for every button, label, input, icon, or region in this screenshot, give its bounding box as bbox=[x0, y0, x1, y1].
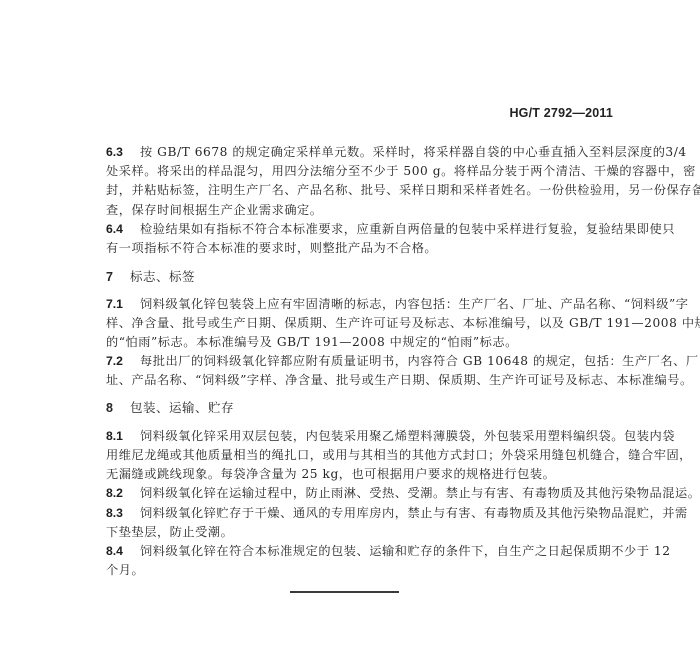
clause-number: 8.2 bbox=[106, 484, 140, 503]
clause-7-1-line-3: 的“怕雨”标志。本标准编号及 GB/T 191—2008 中规定的“怕雨”标志。 bbox=[106, 333, 626, 352]
clause-number: 8.3 bbox=[106, 504, 140, 523]
clause-8-3-line-2: 下垫垫层，防止受潮。 bbox=[106, 523, 626, 542]
section-8-heading: 8包装、运输、贮存 bbox=[106, 398, 234, 418]
end-of-document-rule bbox=[290, 591, 399, 593]
clause-number: 6.3 bbox=[106, 143, 140, 162]
clause-8-3-line-1: 8.3饲料级氧化锌贮存于干燥、通风的专用库房内，禁止与有害、有毒物质及其他污染物… bbox=[106, 504, 626, 523]
clause-6-3-line-2: 处采样。将采出的样品混匀，用四分法缩分至不少于 500 g。将样品分装于两个清洁… bbox=[106, 162, 626, 181]
clause-6-3-line-4: 查，保存时间根据生产企业需求确定。 bbox=[106, 201, 626, 220]
clause-6-3-line-3: 封，并粘贴标签，注明生产厂名、产品名称、批号、采样日期和采样者姓名。一份供检验用… bbox=[106, 181, 626, 200]
clause-6-3-line-1: 6.3按 GB/T 6678 的规定确定采样单元数。采样时，将采样器自袋的中心垂… bbox=[106, 143, 626, 162]
clause-6-4-line-2: 有一项指标不符合本标准的要求时，则整批产品为不合格。 bbox=[106, 239, 626, 258]
clause-number: 8.1 bbox=[106, 427, 140, 446]
clause-number: 8.4 bbox=[106, 542, 140, 561]
section-7-heading: 7标志、标签 bbox=[106, 267, 195, 287]
clause-8-2-line-1: 8.2饲料级氧化锌在运输过程中，防止雨淋、受热、受潮。禁止与有害、有毒物质及其他… bbox=[106, 484, 626, 503]
clause-8-4-line-1: 8.4饲料级氧化锌在符合本标准规定的包装、运输和贮存的条件下，自生产之日起保质期… bbox=[106, 542, 626, 561]
clause-8-1-line-2: 用维尼龙绳或其他质量相当的绳扎口，或用与其相当的其他方式封口；外袋采用缝包机缝合… bbox=[106, 446, 626, 465]
clause-7-1-line-2: 样、净含量、批号或生产日期、保质期、生产许可证号及标志、本标准编号，以及 GB/… bbox=[106, 314, 626, 333]
clause-8-1-line-1: 8.1饲料级氧化锌采用双层包装，内包装采用聚乙烯塑料薄膜袋，外包装采用塑料编织袋… bbox=[106, 427, 626, 446]
clause-7-2-line-2: 址、产品名称、“饲料级”字样、净含量、批号或生产日期、保质期、生产许可证号及标志… bbox=[106, 371, 626, 390]
clause-6-4-line-1: 6.4检验结果如有指标不符合本标准要求，应重新自两倍量的包装中采样进行复验，复验… bbox=[106, 220, 626, 239]
clause-7-1-line-1: 7.1饲料级氧化锌包装袋上应有牢固清晰的标志，内容包括：生产厂名、厂址、产品名称… bbox=[106, 295, 626, 314]
standard-code-header: HG/T 2792—2011 bbox=[509, 106, 613, 120]
clause-number: 7.1 bbox=[106, 295, 140, 314]
clause-number: 7.2 bbox=[106, 352, 140, 371]
clause-8-4-line-2: 个月。 bbox=[106, 561, 626, 580]
clause-number: 6.4 bbox=[106, 220, 140, 239]
clause-8-1-line-3: 无漏缝或跳线现象。每袋净含量为 25 kg，也可根据用户要求的规格进行包装。 bbox=[106, 465, 626, 484]
clause-7-2-line-1: 7.2每批出厂的饲料级氧化锌都应附有质量证明书，内容符合 GB 10648 的规… bbox=[106, 352, 626, 371]
